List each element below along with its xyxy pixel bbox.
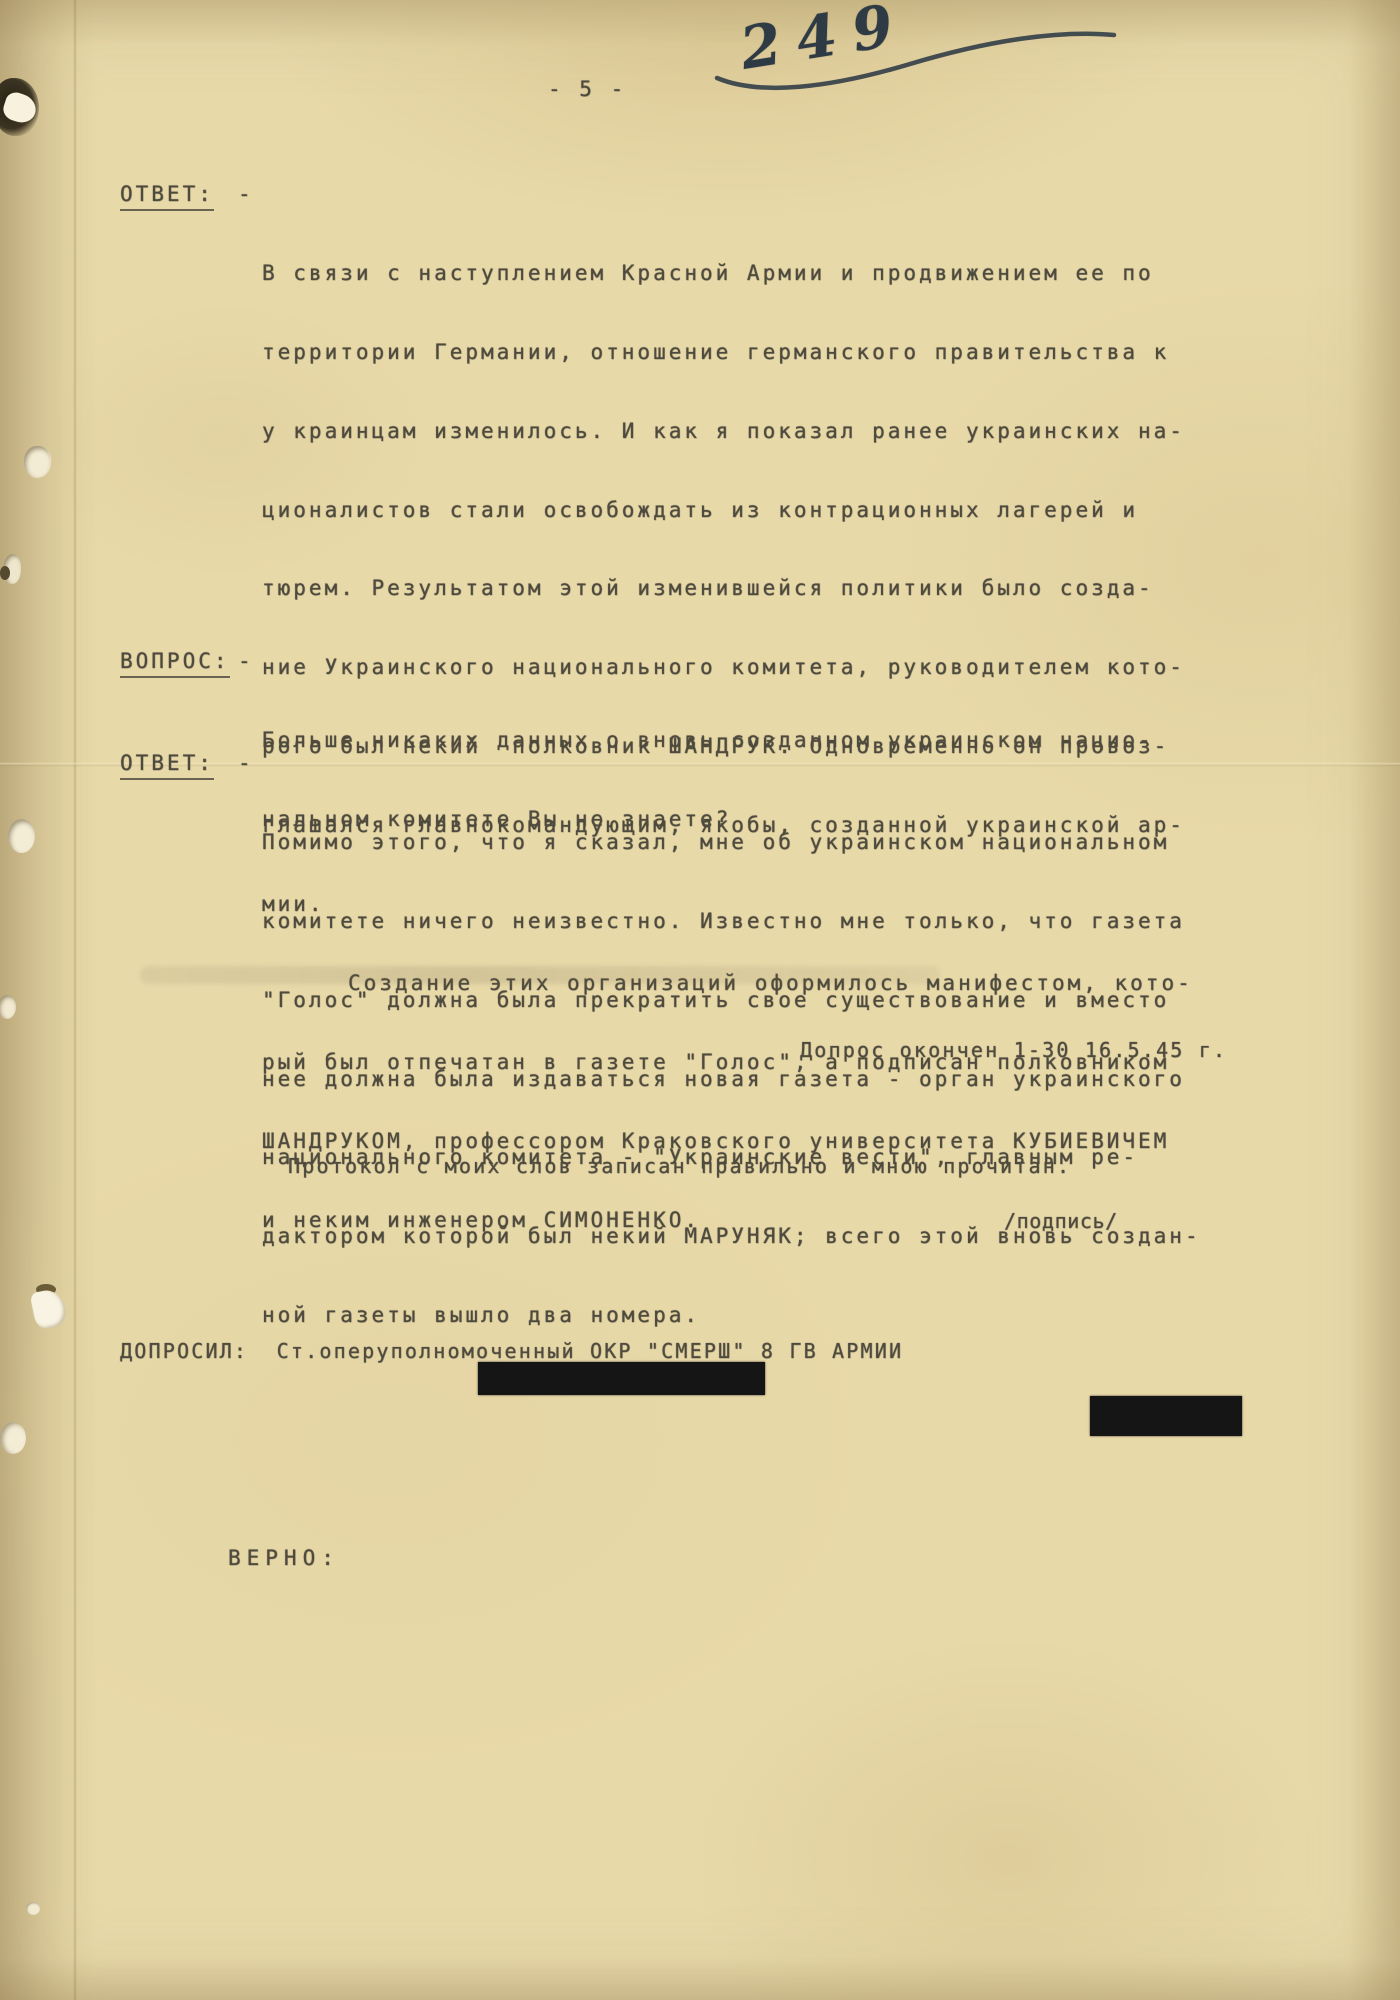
qa-line: территории Германии, отношение германско… bbox=[262, 339, 1230, 365]
qa-label-answer: ОТВЕТ: bbox=[120, 750, 214, 780]
qa-line: комитете ничего неизвестно. Известно мне… bbox=[262, 908, 1230, 934]
vertical-crease bbox=[73, 0, 77, 2000]
qa-line: В связи с наступлением Красной Армии и п… bbox=[262, 260, 1230, 286]
qa-label-answer: ОТВЕТ: bbox=[120, 181, 214, 211]
punch-hole bbox=[0, 1422, 26, 1454]
interrogation-protocol-page: 249 - 5 - ОТВЕТ: - В связи с наступление… bbox=[0, 0, 1400, 2000]
answer-dash: - bbox=[238, 750, 254, 776]
signature-placeholder: /подпись/ bbox=[1004, 1208, 1118, 1234]
question-dash: - bbox=[238, 648, 254, 674]
underline-flourish bbox=[712, 2, 1132, 98]
qa-line: Помимо этого, что я сказал, мне об украи… bbox=[262, 829, 1230, 855]
interrogation-ended-line: Допрос окончен 1-30 16.5.45 г. bbox=[800, 1037, 1227, 1063]
protocol-statement-line: Протокол с моих слов записан правильно и… bbox=[288, 1153, 1071, 1179]
handwritten-page-number: 249 bbox=[712, 2, 1132, 98]
redaction-bar-1 bbox=[478, 1362, 765, 1395]
qa-line: ной газеты вышло два номера. bbox=[262, 1302, 1230, 1328]
qa-line: ционалистов стали освобождать из контрац… bbox=[262, 497, 1230, 523]
punch-hole bbox=[8, 819, 35, 853]
punch-hole bbox=[26, 1902, 40, 1915]
qa-line: "Голос" должна была прекратить свое суще… bbox=[262, 987, 1230, 1013]
punch-hole bbox=[24, 446, 50, 477]
interrogator-line: ДОПРОСИЛ: Ст.оперуполномоченный ОКР "СМЕ… bbox=[120, 1338, 903, 1364]
paper-tear bbox=[29, 1287, 68, 1331]
punch-hole bbox=[0, 995, 16, 1019]
qa-block-answer-2: ОТВЕТ: - Помимо этого, что я сказал, мне… bbox=[120, 750, 1230, 1381]
punch-hole bbox=[0, 566, 10, 580]
answer-dash: - bbox=[238, 181, 254, 207]
qa-line: нее должна была издаваться новая газета … bbox=[262, 1066, 1230, 1092]
certified-true-label: ВЕРНО: bbox=[228, 1545, 340, 1571]
qa-line: у краинцам изменилось. И как я показал р… bbox=[262, 418, 1230, 444]
qa-line: тюрем. Результатом этой изменившейся пол… bbox=[262, 575, 1230, 601]
page-number: - 5 - bbox=[548, 76, 626, 102]
qa-label-question: ВОПРОС: bbox=[120, 648, 230, 678]
redaction-bar-2 bbox=[1090, 1396, 1242, 1436]
faded-text-smudge bbox=[140, 966, 940, 984]
